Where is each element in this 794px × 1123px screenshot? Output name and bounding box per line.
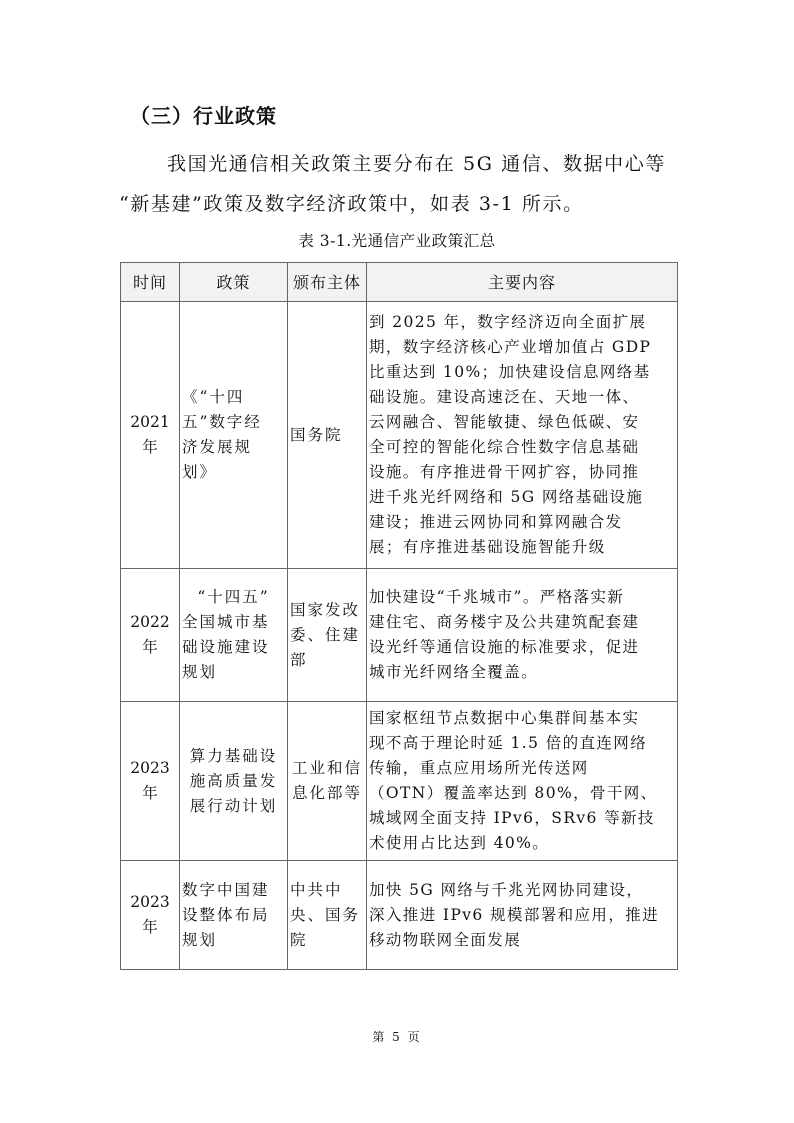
- content-line: 期，数字经济核心产业增加值占 GDP: [369, 335, 675, 360]
- content-line: （OTN）覆盖率达到 80%，骨干网、: [369, 781, 675, 806]
- table-row: 2021 年 《“十四 五”数字经 济发展规 划》 国务院 到 2025 年，数…: [121, 302, 678, 569]
- policy-line: 五”数字经: [182, 410, 285, 435]
- issuer-line: 国务院: [290, 423, 364, 448]
- content-line: 展；有序推进基础设施智能升级: [369, 535, 675, 560]
- policy-line: 《“十四: [182, 385, 285, 410]
- column-header-content: 主要内容: [367, 263, 678, 302]
- issuer-line: 息化部等: [290, 781, 364, 806]
- policy-line: 展行动计划: [182, 794, 285, 819]
- content-line: 到 2025 年，数字经济迈向全面扩展: [369, 310, 675, 335]
- policy-line: 施高质量发: [182, 769, 285, 794]
- cell-policy: “十四五” 全国城市基 础设施建设 规划: [180, 569, 288, 702]
- policy-line: 数字中国建: [182, 878, 285, 903]
- time-line: 年: [123, 635, 177, 660]
- content-line: 传输，重点应用场所光传送网: [369, 756, 675, 781]
- column-header-time: 时间: [121, 263, 180, 302]
- policy-line: 划》: [182, 460, 285, 485]
- cell-issuer: 工业和信 息化部等: [288, 702, 367, 861]
- content-line: 建设；推进云网协同和算网融合发: [369, 510, 675, 535]
- paragraph-line: “新基建”政策及数字经济政策中，如表 3-1 所示。: [119, 184, 681, 224]
- issuer-line: 院: [290, 928, 364, 953]
- cell-time: 2023 年: [121, 861, 180, 970]
- cell-issuer: 国家发改 委、住建 部: [288, 569, 367, 702]
- policy-line: 济发展规: [182, 435, 285, 460]
- policy-table: 时间 政策 颁布主体 主要内容 2021 年 《“十四 五”数字经 济发展规 划…: [120, 262, 678, 970]
- column-header-policy: 政策: [180, 263, 288, 302]
- policy-line: 规划: [182, 660, 285, 685]
- cell-content: 加快建设“千兆城市”。严格落实新 建住宅、商务楼宇及公共建筑配套建 设光纤等通信…: [367, 569, 678, 702]
- content-line: 建住宅、商务楼宇及公共建筑配套建: [369, 610, 675, 635]
- cell-time: 2022 年: [121, 569, 180, 702]
- content-line: 比重达到 10%；加快建设信息网络基: [369, 360, 675, 385]
- cell-policy: 数字中国建 设整体布局 规划: [180, 861, 288, 970]
- content-line: 加快 5G 网络与千兆光网协同建设，: [369, 878, 675, 903]
- content-line: 设光纤等通信设施的标准要求，促进: [369, 635, 675, 660]
- cell-issuer: 中共中 央、国务 院: [288, 861, 367, 970]
- table-row: 2023 年 数字中国建 设整体布局 规划 中共中 央、国务 院 加快 5G 网…: [121, 861, 678, 970]
- content-line: 加快建设“千兆城市”。严格落实新: [369, 585, 675, 610]
- policy-line: 规划: [182, 928, 285, 953]
- content-line: 础设施。建设高速泛在、天地一体、: [369, 385, 675, 410]
- document-page: （三）行业政策 我国光通信相关政策主要分布在 5G 通信、数据中心等 “新基建”…: [0, 0, 794, 1123]
- policy-line: 算力基础设: [182, 744, 285, 769]
- cell-content: 国家枢纽节点数据中心集群间基本实 现不高于理论时延 1.5 倍的直连网络 传输，…: [367, 702, 678, 861]
- time-line: 2021: [123, 410, 177, 435]
- issuer-line: 国家发改: [290, 598, 364, 623]
- issuer-line: 部: [290, 648, 364, 673]
- time-line: 2023: [123, 756, 177, 781]
- content-line: 全可控的智能化综合性数字信息基础: [369, 435, 675, 460]
- time-line: 年: [123, 435, 177, 460]
- policy-line: 全国城市基: [182, 610, 285, 635]
- paragraph-line: 我国光通信相关政策主要分布在 5G 通信、数据中心等: [129, 144, 681, 184]
- section-heading: （三）行业政策: [130, 100, 277, 129]
- page-number: 第 5 页: [0, 1028, 794, 1045]
- table-row: 2023 年 算力基础设 施高质量发 展行动计划 工业和信 息化部等 国家枢纽节…: [121, 702, 678, 861]
- time-line: 年: [123, 781, 177, 806]
- policy-line: 设整体布局: [182, 903, 285, 928]
- cell-time: 2021 年: [121, 302, 180, 569]
- cell-policy: 《“十四 五”数字经 济发展规 划》: [180, 302, 288, 569]
- policy-line: “十四五”: [182, 585, 285, 610]
- issuer-line: 中共中: [290, 878, 364, 903]
- content-line: 设施。有序推进骨干网扩容，协同推: [369, 460, 675, 485]
- policy-line: 础设施建设: [182, 635, 285, 660]
- cell-time: 2023 年: [121, 702, 180, 861]
- issuer-line: 央、国务: [290, 903, 364, 928]
- cell-policy: 算力基础设 施高质量发 展行动计划: [180, 702, 288, 861]
- table-row: 2022 年 “十四五” 全国城市基 础设施建设 规划 国家发改 委、住建 部 …: [121, 569, 678, 702]
- content-line: 国家枢纽节点数据中心集群间基本实: [369, 706, 675, 731]
- time-line: 2023: [123, 890, 177, 915]
- body-paragraph: 我国光通信相关政策主要分布在 5G 通信、数据中心等 “新基建”政策及数字经济政…: [129, 144, 681, 224]
- content-line: 术使用占比达到 40%。: [369, 831, 675, 856]
- table-caption: 表 3-1.光通信产业政策汇总: [0, 229, 794, 251]
- content-line: 城市光纤网络全覆盖。: [369, 660, 675, 685]
- cell-issuer: 国务院: [288, 302, 367, 569]
- time-line: 2022: [123, 610, 177, 635]
- issuer-line: 工业和信: [290, 756, 364, 781]
- issuer-line: 委、住建: [290, 623, 364, 648]
- content-line: 进千兆光纤网络和 5G 网络基础设施: [369, 485, 675, 510]
- cell-content: 加快 5G 网络与千兆光网协同建设， 深入推进 IPv6 规模部署和应用，推进 …: [367, 861, 678, 970]
- content-line: 城域网全面支持 IPv6，SRv6 等新技: [369, 806, 675, 831]
- cell-content: 到 2025 年，数字经济迈向全面扩展 期，数字经济核心产业增加值占 GDP 比…: [367, 302, 678, 569]
- content-line: 现不高于理论时延 1.5 倍的直连网络: [369, 731, 675, 756]
- content-line: 云网融合、智能敏捷、绿色低碳、安: [369, 410, 675, 435]
- time-line: 年: [123, 915, 177, 940]
- column-header-issuer: 颁布主体: [288, 263, 367, 302]
- content-line: 深入推进 IPv6 规模部署和应用，推进: [369, 903, 675, 928]
- table-header-row: 时间 政策 颁布主体 主要内容: [121, 263, 678, 302]
- content-line: 移动物联网全面发展: [369, 928, 675, 953]
